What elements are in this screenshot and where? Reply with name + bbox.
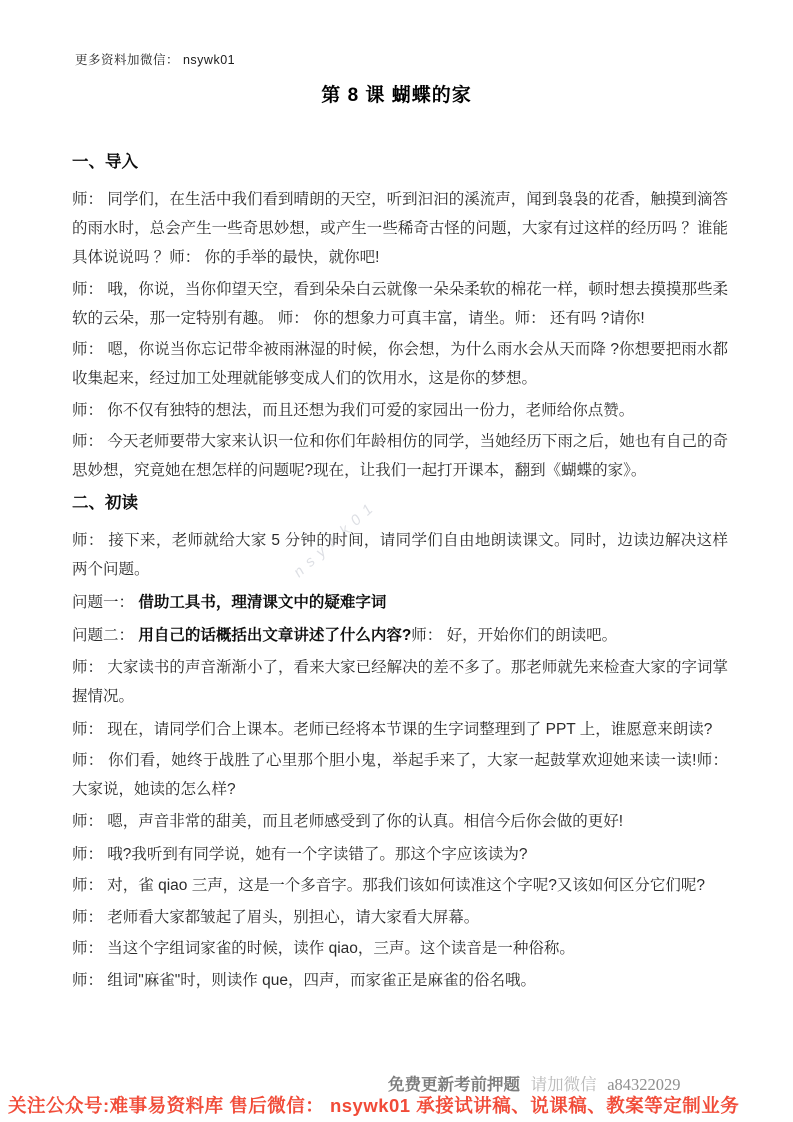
paragraph: 师： 现在，请同学们合上课本。老师已经将本节课的生字词整理到了 PPT 上，谁愿… <box>72 715 728 744</box>
paragraph: 师： 嗯，你说当你忘记带伞被雨淋湿的时候，你会想，为什么雨水会从天而降 ?你想要… <box>72 335 728 393</box>
problem-two-text: 用自己的话概括出文章讲述了什么内容? <box>138 627 411 644</box>
paragraph: 师： 哦，你说，当你仰望天空，看到朵朵白云就像一朵朵柔软的棉花一样，顿时想去摸摸… <box>72 275 728 333</box>
document-body: 一、导入 师： 同学们，在生活中我们看到晴朗的天空，听到汩汩的溪流声，闻到袅袅的… <box>72 148 728 997</box>
paragraph: 师： 同学们，在生活中我们看到晴朗的天空，听到汩汩的溪流声，闻到袅袅的花香，触摸… <box>72 185 728 272</box>
paragraph: 师： 老师看大家都皱起了眉头，别担心，请大家看大屏幕。 <box>72 903 728 932</box>
problem-one-text: 借助工具书，理清课文中的疑难字词 <box>138 594 386 611</box>
paragraph: 师： 哦?我听到有同学说，她有一个字读错了。那这个字应该读为? <box>72 840 728 869</box>
header-note: 更多资料加微信： nsywk01 <box>75 50 235 68</box>
document-page: 更多资料加微信： nsywk01 第 8 课 蝴蝶的家 一、导入 师： 同学们，… <box>0 0 793 1122</box>
footer-red-notice: 关注公众号:难事易资料库 售后微信： nsywk01 承接试讲稿、说课稿、教案等… <box>8 1092 788 1118</box>
paragraph: 师： 今天老师要带大家来认识一位和你们年龄相仿的同学，当她经历下雨之后，她也有自… <box>72 427 728 485</box>
section-heading-import: 一、导入 <box>72 148 728 177</box>
problem-one-line: 问题一： 借助工具书，理清课文中的疑难字词 <box>72 588 728 617</box>
paragraph: 师： 你不仅有独特的想法，而且还想为我们可爱的家园出一份力，老师给你点赞。 <box>72 396 728 425</box>
paragraph: 师： 组词"麻雀"时，则读作 que，四声，而家雀正是麻雀的俗名哦。 <box>72 966 728 995</box>
paragraph: 师： 大家读书的声音渐渐小了，看来大家已经解决的差不多了。那老师就先来检查大家的… <box>72 653 728 711</box>
paragraph: 师： 接下来，老师就给大家 5 分钟的时间，请同学们自由地朗读课文。同时，边读边… <box>72 526 728 584</box>
problem-two-label: 问题二： <box>72 627 138 644</box>
problem-two-line: 问题二： 用自己的话概括出文章讲述了什么内容?师： 好，开始你们的朗读吧。 <box>72 621 728 650</box>
section-heading-first-read: 二、初读 <box>72 489 728 518</box>
paragraph: 师： 对，雀 qiao 三声，这是一个多音字。那我们该如何读准这个字呢?又该如何… <box>72 871 728 900</box>
paragraph: 师： 嗯，声音非常的甜美，而且老师感受到了你的认真。相信今后你会做的更好! <box>72 807 728 836</box>
paragraph: 师： 当这个字组词家雀的时候，读作 qiao，三声。这个读音是一种俗称。 <box>72 934 728 963</box>
problem-one-label: 问题一： <box>72 594 138 611</box>
problem-two-tail: 师： 好，开始你们的朗读吧。 <box>411 627 617 644</box>
paragraph: 师： 你们看，她终于战胜了心里那个胆小鬼，举起手来了，大家一起鼓掌欢迎她来读一读… <box>72 746 728 804</box>
page-title: 第 8 课 蝴蝶的家 <box>0 80 793 107</box>
